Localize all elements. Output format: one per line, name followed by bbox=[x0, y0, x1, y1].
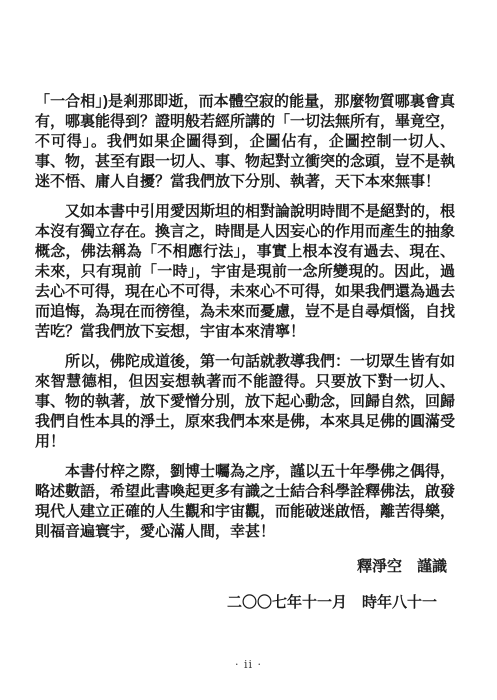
date-line: 二〇〇七年十一月 時年八十一 bbox=[35, 593, 455, 613]
paragraph-3: 所以，佛陀成道後，第一句話就教導我們：一切眾生皆有如來智慧德相，但因妄想執著而不… bbox=[35, 352, 455, 452]
paragraph-2: 又如本書中引用愛因斯坦的相對論說明時間不是絕對的，根本沒有獨立存在。換言之，時間… bbox=[35, 202, 455, 342]
paragraph-4: 本書付梓之際，劉博士囑為之序，謹以五十年學佛之偶得，略述數語，希望此書喚起更多有… bbox=[35, 462, 455, 542]
document-page: 「一合相」)是剎那即逝，而本體空寂的能量，那麼物質哪裏會真有，哪裏能得到？證明般… bbox=[0, 0, 497, 700]
paragraph-1: 「一合相」)是剎那即逝，而本體空寂的能量，那麼物質哪裏會真有，哪裏能得到？證明般… bbox=[35, 92, 455, 192]
author-signature: 釋淨空 謹識 bbox=[35, 557, 455, 577]
page-number: · ii · bbox=[0, 658, 497, 671]
preface-body-text: 「一合相」)是剎那即逝，而本體空寂的能量，那麼物質哪裏會真有，哪裏能得到？證明般… bbox=[35, 92, 455, 542]
